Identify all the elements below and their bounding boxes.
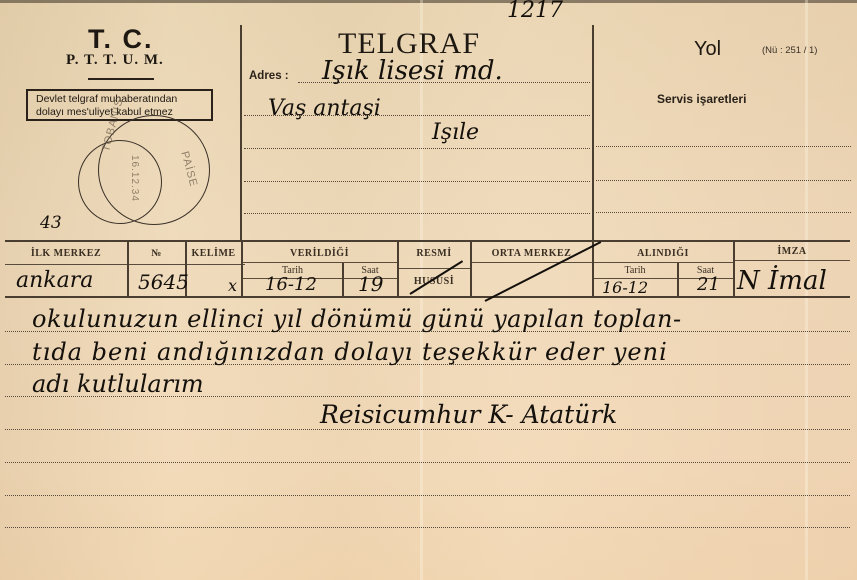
col-header-number: № (128, 248, 185, 259)
cell-number: 5645 (138, 270, 189, 294)
top-edge (0, 0, 857, 3)
message-line-3: adı kutlularım (32, 370, 204, 398)
service-line (596, 212, 851, 213)
cell-verildigi-tarih: 16-12 (265, 274, 317, 295)
message-line (5, 495, 850, 496)
address-line-1: Işık lisesi md. (322, 56, 503, 86)
header-divider (88, 78, 154, 80)
service-marks-label: Servis işaretleri (657, 92, 746, 106)
sender-signature: Reisicumhur K- Atatürk (320, 400, 617, 429)
col-header-imza: İMZA (734, 246, 850, 257)
col-header-alindigi: ALINDIĞI (593, 248, 733, 259)
message-line (5, 429, 850, 430)
paper-fold (420, 0, 423, 580)
table-header-divider (398, 268, 470, 269)
service-line (596, 180, 851, 181)
message-line (5, 462, 850, 463)
col-header-resmi: RESMİ (398, 248, 470, 259)
address-line-3: Işıle (432, 120, 479, 145)
table-header-divider (470, 262, 592, 263)
frame-line (592, 25, 594, 240)
postmark-date: 16.12.34 (129, 155, 140, 202)
col-header-ilk-merkez: İLK MERKEZ (5, 248, 127, 259)
table-top-border (5, 240, 850, 242)
cell-imza-signature: N İmal (737, 266, 827, 296)
route-label: Yol (694, 38, 721, 61)
col-subheader-tarih: Tarih (593, 265, 677, 276)
message-line-1: okulunuzun ellinci yıl dönümü günü yapıl… (32, 305, 682, 333)
reference-number: 1217 (507, 0, 563, 23)
table-header-divider (243, 262, 398, 263)
cell-alindigi-tarih: 16-12 (602, 278, 648, 297)
message-line (5, 527, 850, 528)
form-number: (Nü : 251 / 1) (762, 45, 817, 56)
table-header-divider (733, 260, 850, 261)
address-line-2: Vaş antaşi (268, 96, 381, 121)
issuer-title: T. C. (88, 24, 154, 55)
issuer-subtitle: P. T. T. U. M. (66, 52, 164, 69)
cell-kelime: x (228, 276, 237, 295)
address-label: Adres : (249, 70, 289, 82)
col-header-verildigi: VERİLDİĞİ (242, 248, 397, 259)
cell-verildigi-saat: 19 (358, 272, 383, 296)
address-line (244, 181, 590, 182)
address-line (244, 148, 590, 149)
service-line (596, 146, 851, 147)
table-bottom-border (5, 296, 850, 298)
cell-ilk-merkez: ankara (16, 268, 93, 293)
message-line-2: tıda beni andığınızdan dolayı teşekkür e… (32, 338, 668, 366)
telegram-paper (0, 0, 857, 580)
col-header-kelime: KELİME (186, 248, 241, 259)
table-header-divider (593, 262, 733, 263)
frame-line (240, 25, 242, 240)
table-header-divider (5, 264, 245, 265)
address-line (244, 213, 590, 214)
page-number: 43 (40, 213, 62, 233)
cell-alindigi-saat: 21 (697, 274, 720, 295)
